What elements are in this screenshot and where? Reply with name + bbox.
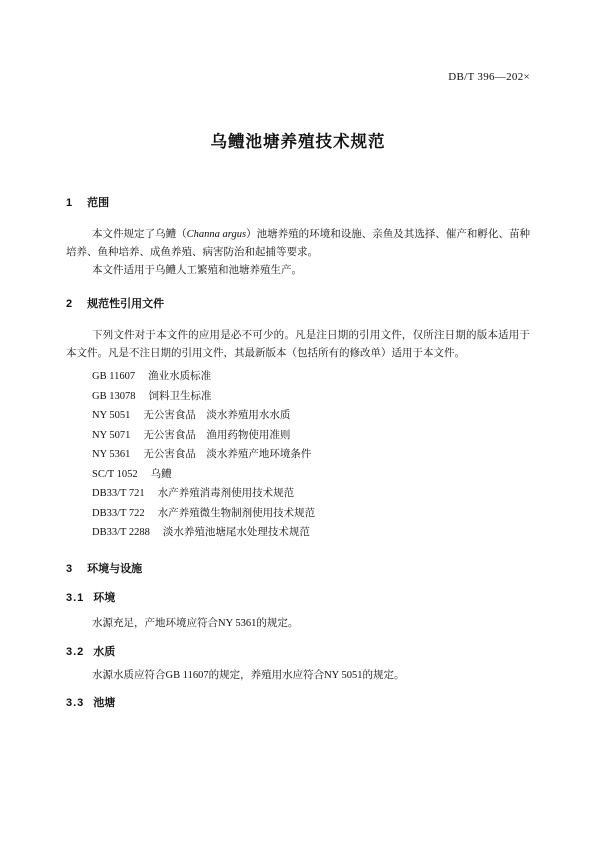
reference-title: 渔业水质标准 — [148, 371, 211, 382]
reference-title: 无公害食品 淡水养殖用水水质 — [143, 410, 290, 421]
scope-paragraph-1: 本文件规定了乌鳢（Channa argus）池塘养殖的环境和设施、亲鱼及其选择、… — [66, 226, 530, 262]
reference-code: GB 11607 — [92, 367, 135, 387]
reference-title: 饲料卫生标准 — [148, 391, 211, 402]
reference-item: SC/T 1052乌鳢 — [92, 465, 530, 485]
reference-code: NY 5051 — [92, 406, 130, 426]
reference-item: GB 13078饲料卫生标准 — [92, 387, 530, 407]
reference-item: NY 5071无公害食品 渔用药物使用准则 — [92, 426, 530, 446]
clause-3-1-heading: 3.1 环境 — [66, 591, 530, 605]
clause-3-1-body: 水源充足，产地环境应符合NY 5361的规定。 — [66, 615, 530, 633]
scope-paragraph-2: 本文件适用于乌鳢人工繁殖和池塘养殖生产。 — [66, 262, 530, 280]
reference-item: GB 11607渔业水质标准 — [92, 367, 530, 387]
clause-3-2-number: 3.2 — [66, 645, 84, 659]
reference-title: 无公害食品 渔用药物使用准则 — [143, 430, 290, 441]
clause-2-title: 规范性引用文件 — [87, 297, 164, 311]
clause-1-number: 1 — [66, 196, 73, 210]
clause-3-3-title: 池塘 — [93, 696, 115, 710]
reference-code: DB33/T 2288 — [92, 523, 150, 543]
reference-title: 乌鳢 — [151, 469, 172, 480]
clause-3-3-number: 3.3 — [66, 696, 84, 710]
doc-number: DB/T 396—202× — [66, 0, 530, 84]
doc-title: 乌鳢池塘养殖技术规范 — [66, 131, 530, 153]
reference-item: NY 5361无公害食品 淡水养殖产地环境条件 — [92, 445, 530, 465]
reference-title: 淡水养殖池塘尾水处理技术规范 — [163, 527, 310, 538]
clause-3-title: 环境与设施 — [87, 562, 142, 576]
clause-2-number: 2 — [66, 297, 73, 311]
document-page: DB/T 396—202× 乌鳢池塘养殖技术规范 1 范围 本文件规定了乌鳢（C… — [0, 0, 595, 841]
clause-3-heading: 3 环境与设施 — [66, 562, 530, 576]
clause-3-1-title: 环境 — [93, 591, 115, 605]
reference-item: NY 5051无公害食品 淡水养殖用水水质 — [92, 406, 530, 426]
reference-item: DB33/T 722水产养殖微生物制剂使用技术规范 — [92, 504, 530, 524]
reference-code: SC/T 1052 — [92, 465, 138, 485]
reference-code: DB33/T 721 — [92, 484, 145, 504]
reference-title: 水产养殖微生物制剂使用技术规范 — [158, 508, 316, 519]
reference-title: 水产养殖消毒剂使用技术规范 — [158, 488, 295, 499]
clause-3-3-heading: 3.3 池塘 — [66, 696, 530, 710]
species-latin-name: Channa argus — [187, 229, 246, 240]
scope-text-before: 本文件规定了乌鳢（ — [92, 229, 187, 240]
reference-code: NY 5361 — [92, 445, 130, 465]
clause-1-heading: 1 范围 — [66, 196, 530, 210]
clause-2-heading: 2 规范性引用文件 — [66, 297, 530, 311]
clause-3-2-heading: 3.2 水质 — [66, 645, 530, 659]
references-list: GB 11607渔业水质标准 GB 13078饲料卫生标准 NY 5051无公害… — [66, 367, 530, 543]
reference-code: GB 13078 — [92, 387, 135, 407]
clause-3-2-body: 水源水质应符合GB 11607的规定，养殖用水应符合NY 5051的规定。 — [66, 667, 530, 685]
reference-item: DB33/T 721水产养殖消毒剂使用技术规范 — [92, 484, 530, 504]
reference-code: DB33/T 722 — [92, 504, 145, 524]
refs-intro-paragraph: 下列文件对于本文件的应用是必不可少的。凡是注日期的引用文件，仅所注日期的版本适用… — [66, 327, 530, 363]
clause-3-1-number: 3.1 — [66, 591, 84, 605]
reference-code: NY 5071 — [92, 426, 130, 446]
reference-item: DB33/T 2288淡水养殖池塘尾水处理技术规范 — [92, 523, 530, 543]
clause-3-2-title: 水质 — [93, 645, 115, 659]
clause-3-number: 3 — [66, 562, 73, 576]
reference-title: 无公害食品 淡水养殖产地环境条件 — [143, 449, 311, 460]
clause-1-title: 范围 — [87, 196, 109, 210]
